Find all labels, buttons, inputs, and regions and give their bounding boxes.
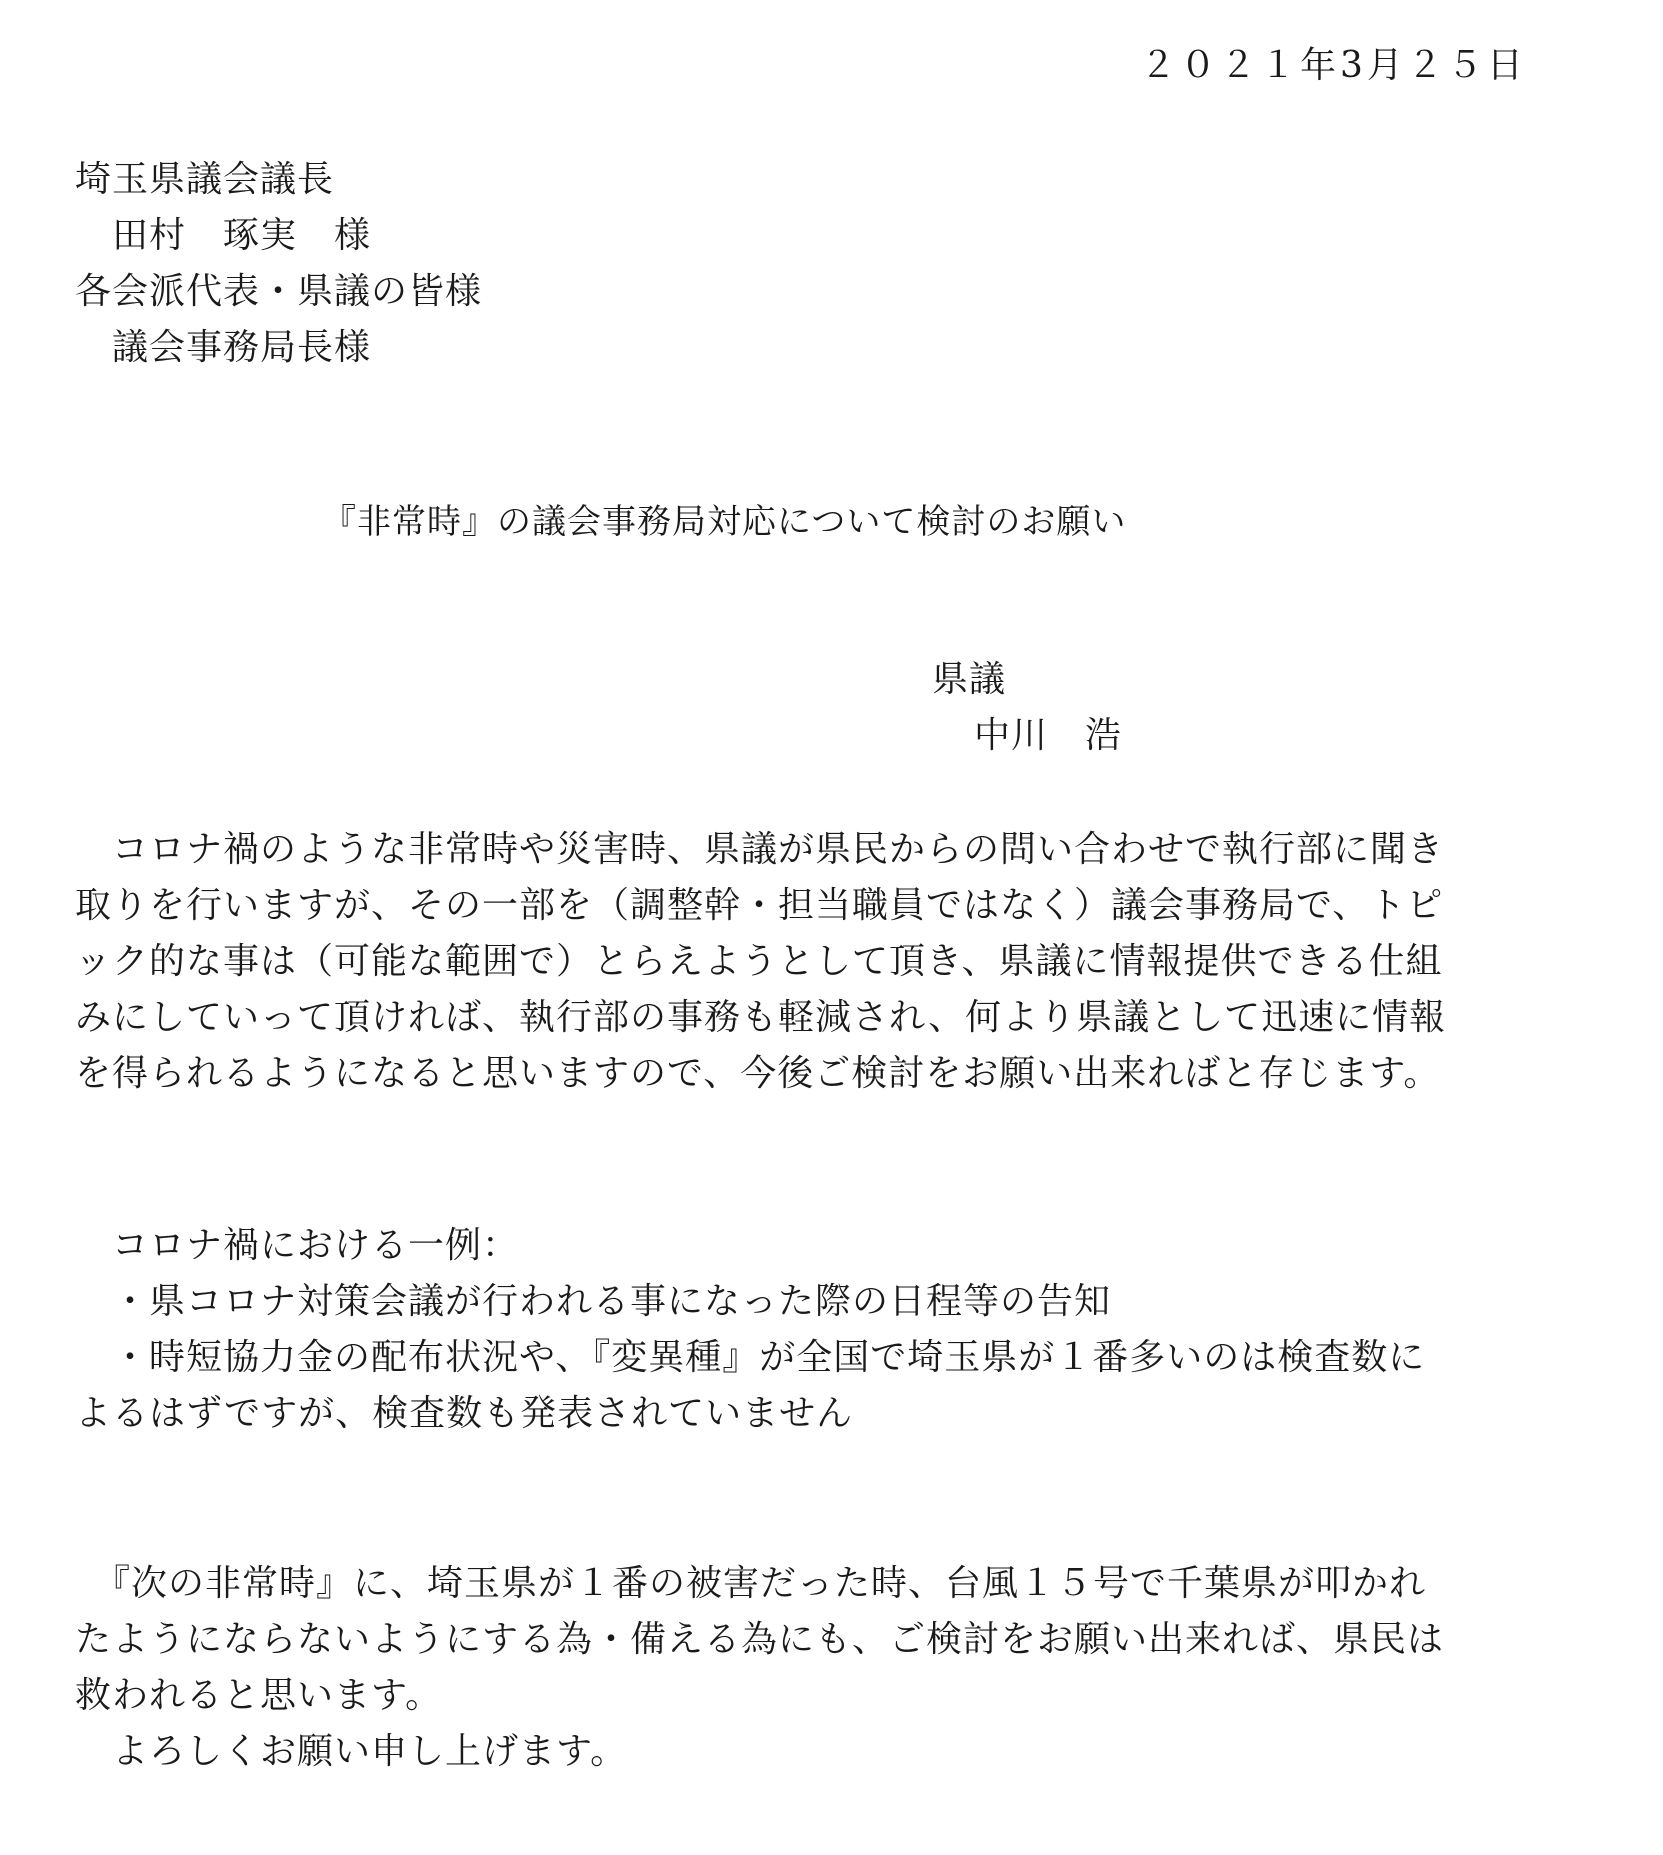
- document-page: ２０２１年3月２５日 埼玉県議会議長 田村 琢実 様 各会派代表・県議の皆様 議…: [0, 0, 1663, 1855]
- paragraph-line: 取りを行いますが、その一部を（調整幹・担当職員ではなく）議会事務局で、トピ: [75, 878, 1595, 934]
- examples-heading: コロナ禍における一例：: [75, 1218, 1595, 1274]
- example-item: ・時短協力金の配布状況や、『変異種』が全国で埼玉県が１番多いのは検査数に: [75, 1330, 1595, 1386]
- paragraph-line: を得られるようになると思いますので、今後ご検討をお願い出来ればと存じます。: [75, 1046, 1595, 1102]
- paragraph-line: 『次の非常時』に、埼玉県が１番の被害だった時、台風１５号で千葉県が叩かれ: [75, 1556, 1595, 1612]
- paragraph-line: ック的な事は（可能な範囲で）とらえようとして頂き、県議に情報提供できる仕組: [75, 934, 1595, 990]
- closing-line: よろしくお願い申し上げます。: [75, 1724, 1595, 1780]
- body-paragraph-1: コロナ禍のような非常時や災害時、県議が県民からの問い合わせで執行部に聞き 取りを…: [75, 822, 1595, 1102]
- body-paragraph-2: 『次の非常時』に、埼玉県が１番の被害だった時、台風１５号で千葉県が叩かれ たよう…: [75, 1556, 1595, 1780]
- addressee-line: 埼玉県議会議長: [75, 152, 334, 208]
- examples-section: コロナ禍における一例： ・県コロナ対策会議が行われる事になった際の日程等の告知 …: [75, 1218, 1595, 1442]
- paragraph-line: コロナ禍のような非常時や災害時、県議が県民からの問い合わせで執行部に聞き: [75, 822, 1595, 878]
- paragraph-line: 救われると思います。: [75, 1668, 1595, 1724]
- paragraph-line: みにしていって頂ければ、執行部の事務も軽減され、何より県議として迅速に情報: [75, 990, 1595, 1046]
- addressee-line: 田村 琢実 様: [75, 208, 371, 264]
- sender-name: 中川 浩: [974, 708, 1122, 764]
- paragraph-line: たようにならないようにする為・備える為にも、ご検討をお願い出来れば、県民は: [75, 1612, 1595, 1668]
- example-item: ・県コロナ対策会議が行われる事になった際の日程等の告知: [75, 1274, 1595, 1330]
- sender-role: 県議: [932, 652, 1006, 708]
- document-title: 『非常時』の議会事務局対応について検討のお願い: [322, 494, 1126, 550]
- document-date: ２０２１年3月２５日: [1140, 38, 1527, 94]
- addressee-line: 各会派代表・県議の皆様: [75, 264, 482, 320]
- addressee-line: 議会事務局長様: [75, 320, 371, 376]
- example-item-continuation: よるはずですが、検査数も発表されていません: [75, 1386, 1595, 1442]
